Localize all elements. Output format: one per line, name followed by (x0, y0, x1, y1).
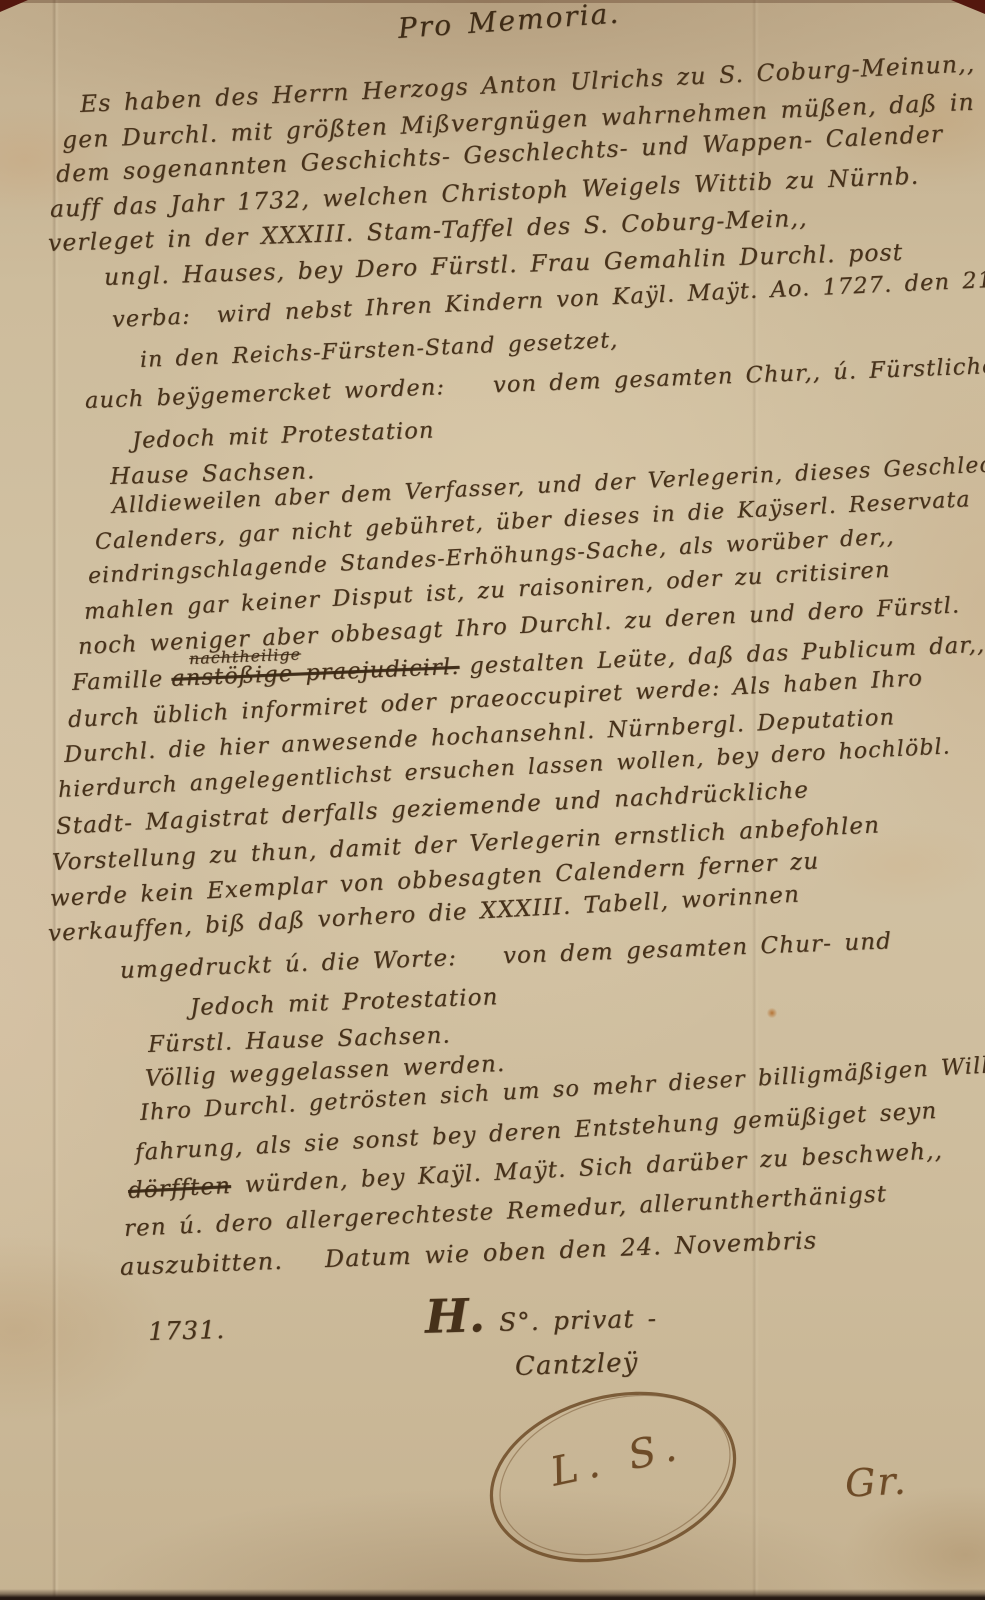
manuscript-text: H. (424, 1288, 485, 1344)
manuscript-text: 1731. (148, 1315, 226, 1346)
manuscript-text: verba: (111, 303, 191, 333)
manuscript-text: S°. privat - (499, 1304, 658, 1337)
struck-word: dörfften (127, 1173, 231, 1204)
manuscript-page: Pro Memoria. Es haben des Herrn Herzogs … (0, 0, 985, 1600)
hand-drawn-seal: L. S. (478, 1388, 748, 1566)
page-top-edge (0, 0, 985, 3)
page-bottom-edge (0, 1589, 985, 1600)
archivist-initials: Gr. (844, 1458, 909, 1505)
manuscript-text: Famille (71, 666, 163, 696)
manuscript-line: Cantzleÿ (514, 1348, 638, 1382)
